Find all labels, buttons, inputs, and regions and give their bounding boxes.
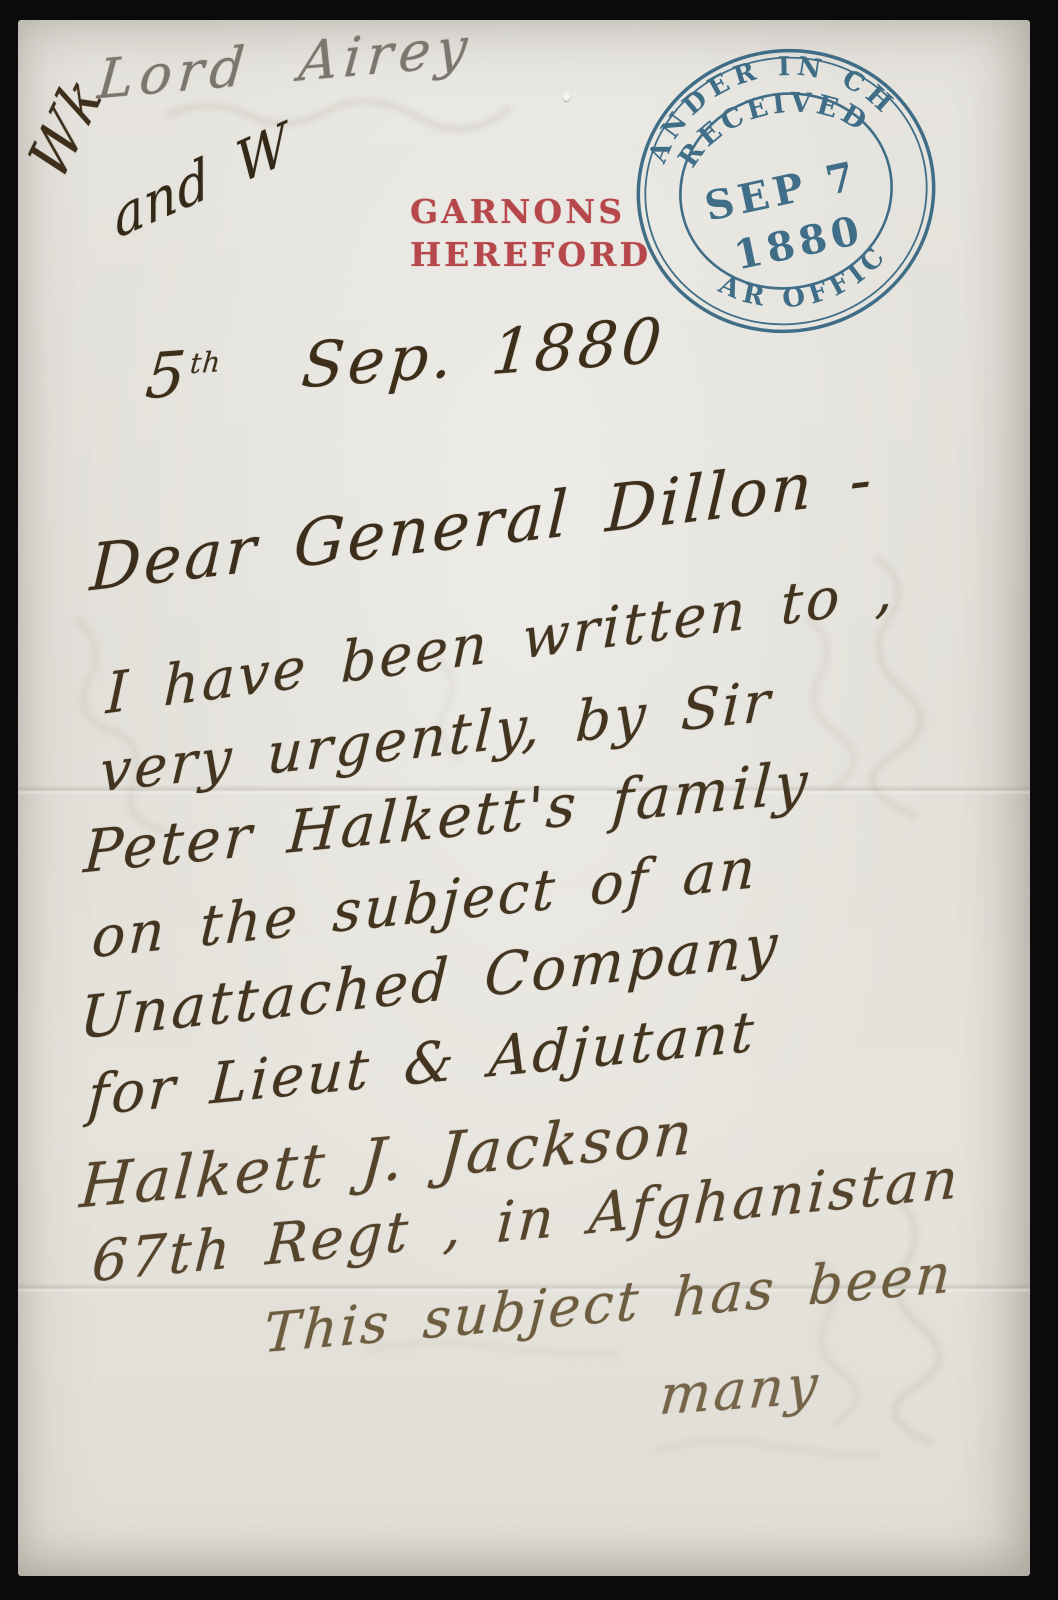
- paper-pinhole: [563, 92, 570, 101]
- letter-page: Lord Airey Wk and W GARNONS HEREFORD AND…: [18, 20, 1030, 1576]
- letter-date-ordinal: th: [189, 345, 223, 380]
- letter-date: 5th Sep. 1880: [143, 303, 669, 413]
- garnons-hereford-stamp: GARNONS HEREFORD: [410, 190, 620, 276]
- date-spacer: [254, 387, 300, 390]
- letter-date-day: 5: [143, 337, 193, 414]
- pencil-annotation-lord-airey: Lord Airey: [95, 15, 476, 112]
- garnons-stamp-line2: HEREFORD: [410, 233, 620, 276]
- body-line-10: many: [657, 1353, 823, 1428]
- ink-initials-scribble-2: and W: [108, 110, 294, 252]
- garnons-stamp-line1: GARNONS: [410, 190, 620, 233]
- letter-date-month-year: Sep. 1880: [299, 303, 669, 402]
